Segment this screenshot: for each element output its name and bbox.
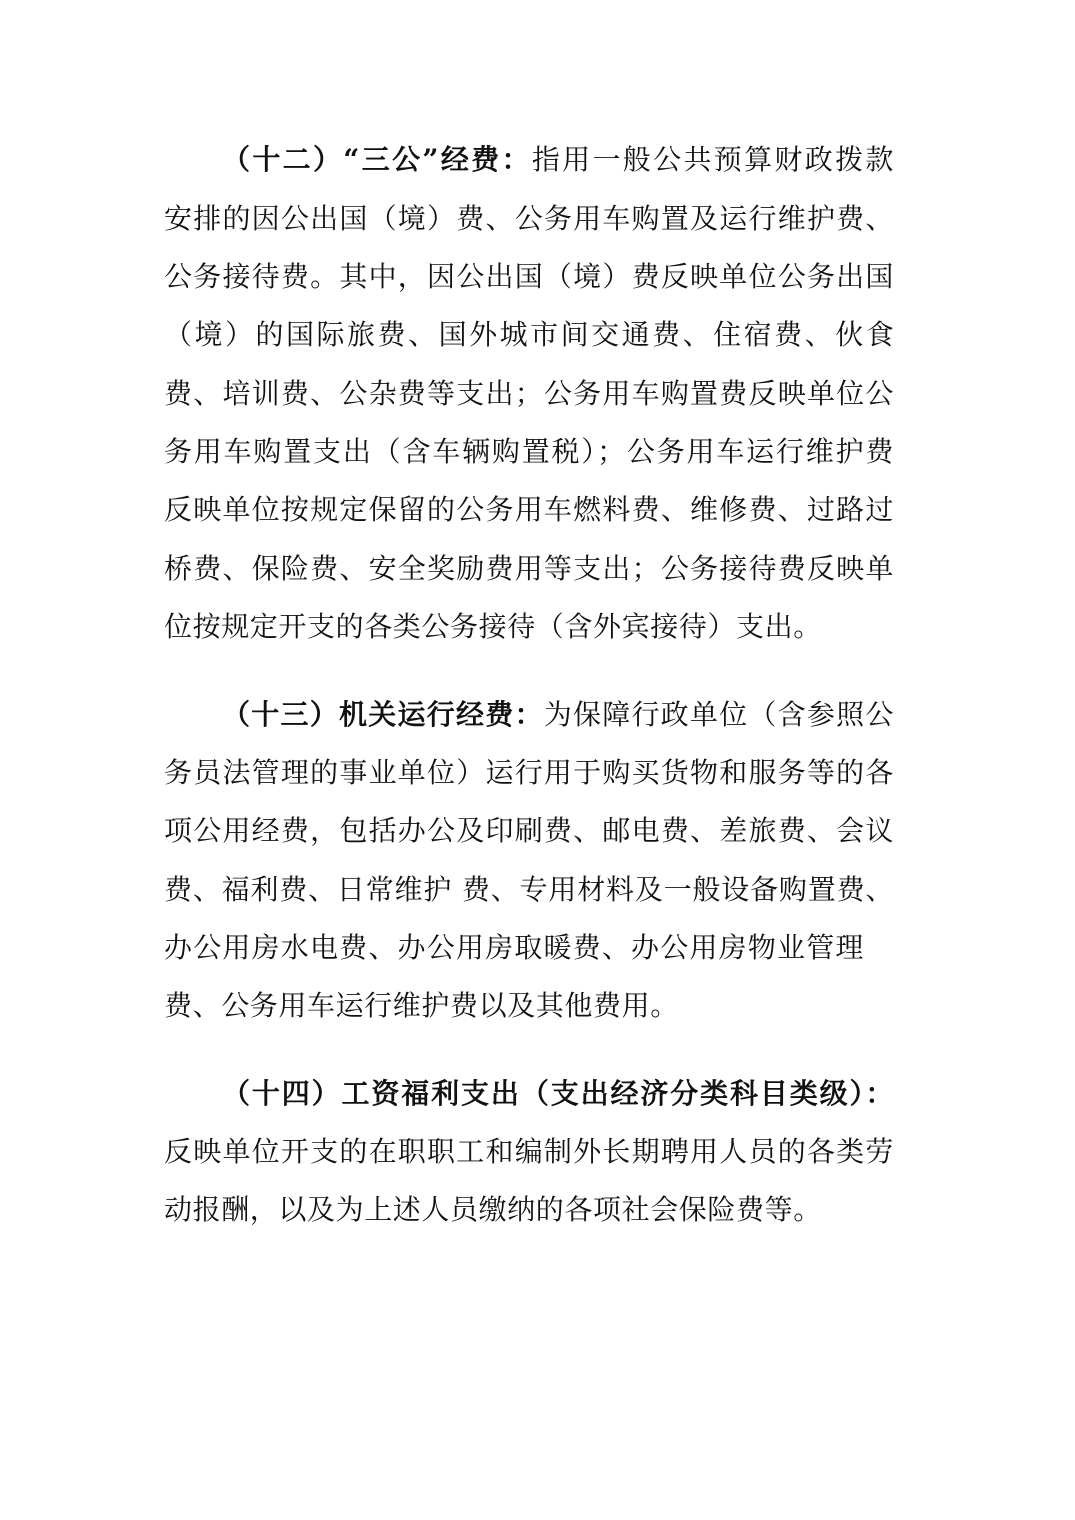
- section-12-line-7: 反映单位按规定保留的公务用车燃料费、维修费、过路过: [164, 490, 894, 530]
- section-14-line-3: 动报酬，以及为上述人员缴纳的各项社会保险费等。: [164, 1190, 894, 1230]
- section-12-heading: （十二）“三公”经费：: [222, 143, 532, 176]
- section-13-line-3: 项公用经费，包括办公及印刷费、邮电费、差旅费、会议: [164, 811, 894, 851]
- section-12-line-5: 费、培训费、公杂费等支出；公务用车购置费反映单位公: [164, 374, 894, 414]
- section-13-text: 为保障行政单位（含参照公: [544, 698, 894, 731]
- section-12-line-9: 位按规定开支的各类公务接待（含外宾接待）支出。: [164, 607, 894, 647]
- section-14-heading: （十四）工资福利支出（支出经济分类科目类级）：: [222, 1077, 894, 1110]
- section-14-line-1: （十四）工资福利支出（支出经济分类科目类级）：: [222, 1074, 894, 1114]
- section-13-heading: （十三）机关运行经费：: [222, 698, 544, 731]
- section-12-line-4: （境）的国际旅费、国外城市间交通费、住宿费、伙食: [164, 315, 894, 355]
- section-13-line-6: 费、公务用车运行维护费以及其他费用。: [164, 986, 894, 1026]
- section-13-line-4: 费、福利费、日常维护 费、专用材料及一般设备购置费、: [164, 870, 894, 910]
- section-12-line-2: 安排的因公出国（境）费、公务用车购置及运行维护费、: [164, 199, 894, 239]
- section-14-line-2: 反映单位开支的在职职工和编制外长期聘用人员的各类劳: [164, 1132, 894, 1172]
- section-12-line-1: （十二）“三公”经费：指用一般公共预算财政拨款: [222, 140, 894, 180]
- section-12-line-8: 桥费、保险费、安全奖励费用等支出；公务接待费反映单: [164, 549, 894, 589]
- section-12-line-6: 务用车购置支出（含车辆购置税）；公务用车运行维护费: [164, 432, 894, 472]
- section-13-line-5: 办公用房水电费、办公用房取暖费、办公用房物业管理: [164, 928, 864, 968]
- section-13-line-1: （十三）机关运行经费：为保障行政单位（含参照公: [222, 695, 894, 735]
- section-12-text: 指用一般公共预算财政拨款: [532, 143, 894, 176]
- section-12-line-3: 公务接待费。其中，因公出国（境）费反映单位公务出国: [164, 257, 894, 297]
- document-page: （十二）“三公”经费：指用一般公共预算财政拨款 安排的因公出国（境）费、公务用车…: [0, 0, 1075, 1520]
- section-13-line-2: 务员法管理的事业单位）运行用于购买货物和服务等的各: [164, 753, 894, 793]
